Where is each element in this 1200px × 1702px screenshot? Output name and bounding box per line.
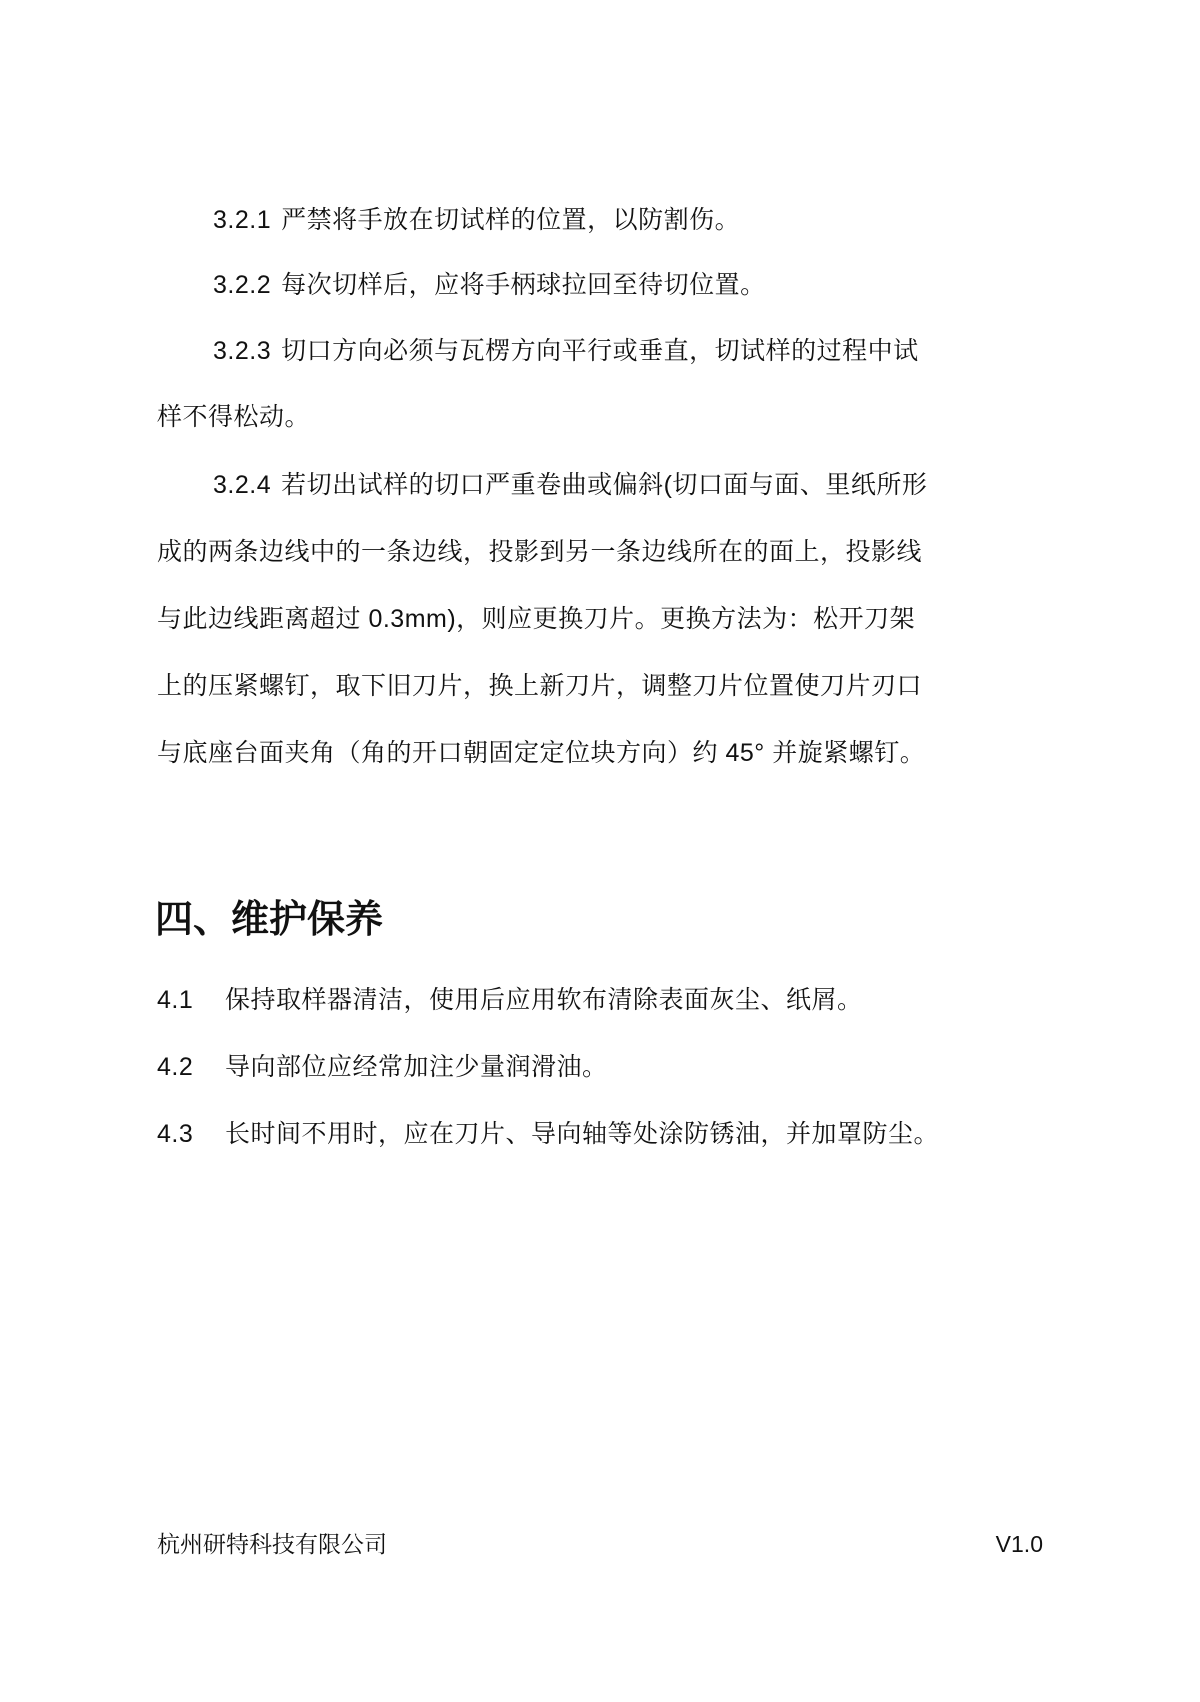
item-3-2-3-continuation: 样不得松动。 [157,402,310,432]
item-text: 切口方向必须与瓦楞方向平行或垂直，切试样的过程中试 [281,337,919,365]
item-text: 每次切样后，应将手柄球拉回至待切位置。 [281,271,766,299]
item-number: 3.2.2 [213,271,271,299]
item-number: 3.2.3 [213,337,271,365]
item-3-2-4-line-2: 成的两条边线中的一条边线，投影到另一条边线所在的面上，投影线 [157,537,922,567]
item-number: 3.2.4 [213,471,271,499]
item-number: 3.2.1 [213,206,271,234]
item-text: 保持取样器清洁，使用后应用软布清除表面灰尘、纸屑。 [225,986,863,1014]
item-3-2-3: 3.2.3切口方向必须与瓦楞方向平行或垂直，切试样的过程中试 [213,336,919,366]
item-3-2-4-line-5: 与底座台面夹角（角的开口朝固定定位块方向）约 45° 并旋紧螺钉。 [157,738,925,768]
footer-version: V1.0 [996,1530,1043,1558]
item-number: 4.2 [157,1052,225,1082]
document-page: 3.2.1严禁将手放在切试样的位置，以防割伤。 3.2.2每次切样后，应将手柄球… [0,0,1200,1702]
item-number: 4.3 [157,1119,225,1149]
item-number: 4.1 [157,985,225,1015]
item-4-2: 4.2导向部位应经常加注少量润滑油。 [157,1052,608,1082]
item-3-2-4-line-3: 与此边线距离超过 0.3mm)，则应更换刀片。更换方法为：松开刀架 [157,604,915,634]
item-text: 若切出试样的切口严重卷曲或偏斜(切口面与面、里纸所形 [281,471,927,499]
item-3-2-4-line-4: 上的压紧螺钉，取下旧刀片，换上新刀片，调整刀片位置使刀片刃口 [157,671,922,701]
item-text: 长时间不用时，应在刀片、导向轴等处涂防锈油，并加罩防尘。 [225,1120,939,1148]
item-4-3: 4.3长时间不用时，应在刀片、导向轴等处涂防锈油，并加罩防尘。 [157,1119,939,1149]
footer-company: 杭州研特科技有限公司 [157,1530,387,1558]
item-3-2-2: 3.2.2每次切样后，应将手柄球拉回至待切位置。 [213,270,766,300]
item-text: 导向部位应经常加注少量润滑油。 [225,1053,608,1081]
item-text: 严禁将手放在切试样的位置，以防割伤。 [281,206,740,234]
item-3-2-1: 3.2.1严禁将手放在切试样的位置，以防割伤。 [213,205,740,235]
section-heading: 四、维护保养 [155,898,383,942]
item-3-2-4: 3.2.4若切出试样的切口严重卷曲或偏斜(切口面与面、里纸所形 [213,470,927,500]
item-4-1: 4.1保持取样器清洁，使用后应用软布清除表面灰尘、纸屑。 [157,985,863,1015]
